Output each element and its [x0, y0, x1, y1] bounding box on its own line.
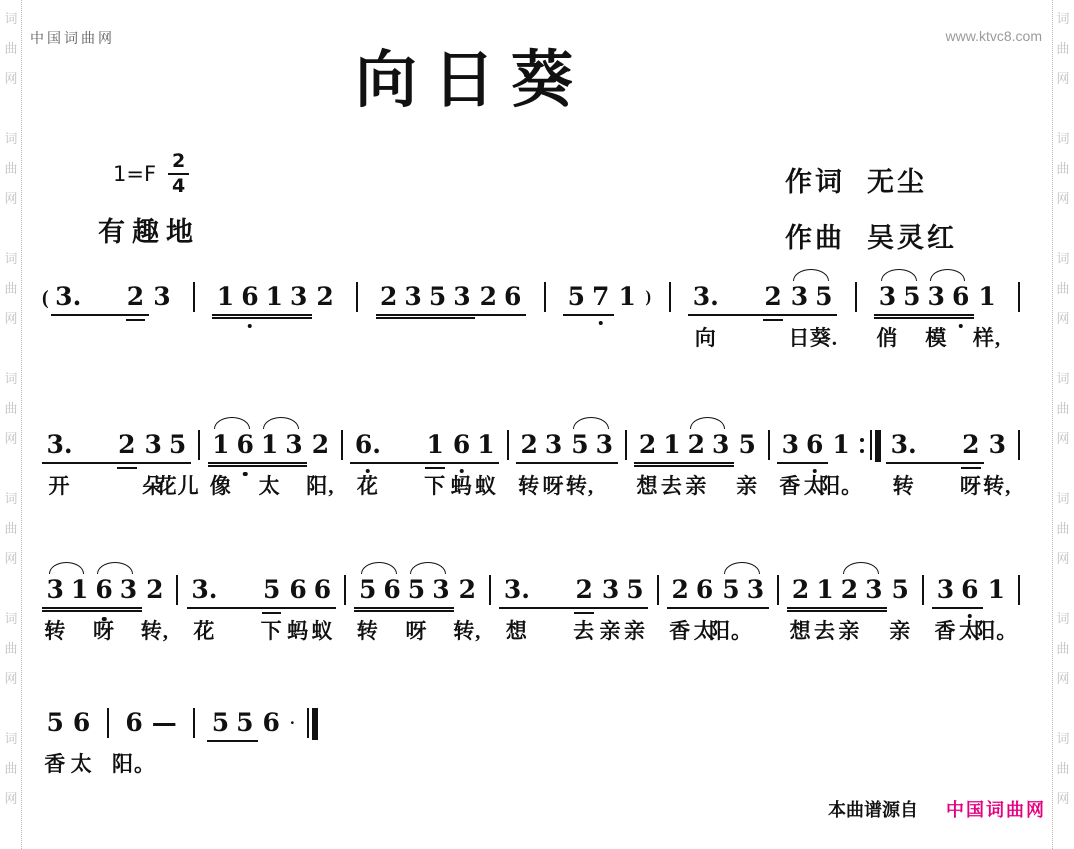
note-group: 5 [887, 575, 913, 605]
note: 5 [903, 282, 920, 312]
lyric-syllable: 日 [788, 322, 810, 352]
octave-dot [598, 321, 603, 326]
note-group: 1613 [212, 282, 312, 316]
watermark-text: 词曲网 [1, 124, 21, 214]
note: 6 [95, 575, 112, 605]
lyric-syllable: 阳。 [709, 615, 753, 645]
measure: 6.161 [350, 416, 499, 464]
note: 5 [571, 430, 588, 460]
lyric-syllable: 去 [814, 615, 836, 645]
time-signature-numerator: 2 [168, 152, 189, 175]
note-group: 5653 [354, 575, 454, 609]
measure: 3.235 [42, 416, 191, 464]
note: 1 [426, 430, 443, 460]
note: 3. [55, 282, 81, 312]
watermark-text: 词曲网 [1053, 4, 1073, 94]
note: 1 [988, 575, 1005, 605]
note-group: 35 [140, 430, 191, 464]
barline [505, 416, 511, 460]
measure: 6— [121, 694, 181, 738]
lyric-syllable: 香 [669, 615, 691, 645]
note: 2 [764, 282, 781, 312]
repeat-barline [860, 416, 881, 462]
note: 1 [618, 282, 635, 312]
left-dotted-border [21, 0, 22, 849]
note: 6 [961, 575, 978, 605]
barline [920, 561, 926, 605]
note: 5 [236, 708, 253, 738]
note: 5 [815, 282, 832, 312]
note: 5 [263, 575, 280, 605]
note: 5 [169, 430, 186, 460]
measure: 571) [563, 268, 651, 316]
barline [174, 561, 180, 605]
slur-arc [49, 562, 85, 574]
lyric-syllable: 花 [357, 470, 379, 500]
measure: 35361 [874, 268, 1000, 316]
measure: 21235 [634, 416, 760, 464]
slur-arc [930, 269, 966, 281]
lyric-syllable: 去 [661, 470, 683, 500]
barline [1016, 416, 1022, 460]
lyric-syllable: 开 [49, 470, 71, 500]
measure: 31632 [42, 561, 168, 609]
watermark-text: 词曲网 [1053, 484, 1073, 574]
octave-dot [958, 324, 963, 329]
slur-arc [690, 417, 726, 429]
note: 2 [575, 575, 592, 605]
lyric-syllable: 香 [779, 470, 801, 500]
barline [853, 268, 859, 312]
lyric-syllable: 下 [261, 615, 283, 645]
lyric-syllable: 转 [357, 615, 379, 645]
note-group: 3.2 [688, 282, 786, 316]
lyric-syllable: 阳。 [112, 748, 156, 778]
note: 5 [47, 708, 64, 738]
note-group: 2123 [634, 430, 734, 464]
lyric-syllable: 转, [453, 615, 481, 645]
barline [487, 561, 493, 605]
footer-site-link[interactable]: 中国词曲网 [946, 796, 1046, 822]
note: 2 [480, 282, 497, 312]
note: 1 [978, 282, 995, 312]
slur-arc [724, 562, 760, 574]
note: 2 [792, 575, 809, 605]
footer: 本曲谱源自 中国词曲网 [828, 796, 1046, 822]
lyric-syllable: 太 [259, 470, 281, 500]
lyric-syllable: 呀 [406, 615, 428, 645]
note-group: 2 [312, 282, 338, 312]
note-group: 3.2 [51, 282, 149, 316]
note: 2 [520, 430, 537, 460]
lyric-syllable: 下 [424, 470, 446, 500]
note: 1 [212, 430, 229, 460]
note: 6 [383, 575, 400, 605]
measure: (3.23 [42, 268, 175, 316]
barline [623, 416, 629, 460]
lyric-syllable: 模 [925, 322, 947, 352]
measure: 56532 [354, 561, 480, 609]
lyric-syllable: 转 [518, 470, 540, 500]
note: 1 [477, 430, 494, 460]
note: 5 [738, 430, 755, 460]
note: 6 [696, 575, 713, 605]
note: 5 [429, 282, 446, 312]
lyricist-credit: 作词无尘 [785, 160, 927, 199]
lyric-syllable: 呀 [93, 615, 115, 645]
barline [766, 416, 772, 460]
lyricist-name: 无尘 [867, 167, 927, 197]
watermark-text: 词曲网 [1053, 604, 1073, 694]
note-group: 3.2 [499, 575, 597, 609]
slur-arc [263, 417, 299, 429]
note: 2 [639, 430, 656, 460]
lyric-syllable: 阳。 [974, 615, 1018, 645]
lyric-syllable: 转 [893, 470, 915, 500]
note: 3. [504, 575, 530, 605]
score-line-2: 3.235161326.1612353212353613.23开朵花儿像太阳,花… [42, 416, 1022, 500]
note-group: 5 [734, 430, 760, 460]
watermark-text: 词曲网 [1, 604, 21, 694]
paren-open: ( [42, 282, 49, 314]
note: 3 [285, 430, 302, 460]
note: 3 [47, 575, 64, 605]
note: 1 [261, 430, 278, 460]
watermark-column-left: 词曲网词曲网词曲网词曲网词曲网词曲网词曲网 [1, 0, 21, 849]
note-group: 3.2 [42, 430, 140, 464]
note-group: — [147, 708, 181, 738]
barline [542, 268, 548, 312]
measure: 3.235 [688, 268, 837, 316]
note: 3 [120, 575, 137, 605]
barline [667, 268, 673, 312]
song-title: 向日葵 [355, 30, 589, 119]
lyric-syllable: 阳, [306, 470, 334, 500]
measure: 16132 [208, 416, 334, 464]
lyric-syllable: 阳。 [819, 470, 863, 500]
note-group: 6 [121, 708, 147, 738]
barline [1016, 268, 1022, 312]
time-signature-denominator: 4 [172, 175, 185, 196]
lyric-syllable: 呀 [543, 470, 565, 500]
note-group: 3 [149, 282, 175, 312]
lyric-syllable: 蚂 [287, 615, 309, 645]
note: 6 [289, 575, 306, 605]
slur-arc [361, 562, 397, 574]
lyric-syllable: 去 [573, 615, 595, 645]
slur-arc [793, 269, 829, 281]
note-group: 61 [448, 430, 499, 464]
measure: 361 [777, 416, 854, 464]
lyric-syllable: 俏 [876, 322, 898, 352]
note-group: 3.5 [187, 575, 285, 609]
lyric-syllable: 花儿 [156, 470, 200, 500]
note-group: 36 [932, 575, 983, 609]
lyric-syllable: 向 [695, 322, 717, 352]
watermark-text: 词曲网 [1, 4, 21, 94]
note-group: 6 [258, 708, 284, 738]
note-group: 35 [786, 282, 837, 316]
note: 5 [568, 282, 585, 312]
note-group: 66 [285, 575, 336, 609]
barline [354, 268, 360, 312]
lyric-syllable: 转 [44, 615, 66, 645]
note-group: 6 [68, 708, 94, 738]
barline [191, 694, 197, 738]
measure: 56 [42, 694, 95, 738]
note: 2 [688, 430, 705, 460]
lyric-syllable: 亲 [600, 615, 622, 645]
note: 3 [865, 575, 882, 605]
watermark-text: 词曲网 [1053, 124, 1073, 214]
note: 3 [596, 430, 613, 460]
watermark-text: 词曲网 [1053, 364, 1073, 454]
note: 2 [841, 575, 858, 605]
octave-dot [248, 324, 253, 329]
note: 3 [989, 430, 1006, 460]
note: 6 [73, 708, 90, 738]
measure: 361 [932, 561, 1009, 609]
note-group: 2 [142, 575, 168, 605]
note: 6. [355, 430, 381, 460]
footer-source-text: 本曲谱源自 [828, 796, 918, 822]
note: 3 [145, 430, 162, 460]
lyric-syllable: 太 [71, 748, 93, 778]
note-group: 3.2 [886, 430, 984, 464]
key-signature: 1=F 2 4 [113, 152, 189, 196]
note: 3 [545, 430, 562, 460]
watermark-text: 词曲网 [1, 484, 21, 574]
note: 3 [928, 282, 945, 312]
note-group: 3 [984, 430, 1010, 460]
composer-label: 作曲 [785, 223, 845, 253]
note-group: 2 [307, 430, 333, 460]
composer-name: 吴灵红 [867, 223, 957, 253]
note: 3 [937, 575, 954, 605]
measure: 2653 [667, 561, 769, 609]
note: 3 [453, 282, 470, 312]
note-group: 2123 [787, 575, 887, 609]
composer-credit: 作曲吴灵红 [785, 216, 957, 255]
lyric-syllable: 转, [566, 470, 594, 500]
lyric-syllable: 样, [973, 322, 1001, 352]
note: 3 [879, 282, 896, 312]
barline [655, 561, 661, 605]
note: 3. [191, 575, 217, 605]
lyric-syllable: 蚁 [475, 470, 497, 500]
note: 7 [592, 282, 609, 312]
note: 2 [312, 430, 329, 460]
note-group: 2353 [376, 282, 476, 316]
breath-mark: · [289, 708, 295, 738]
note: 3. [693, 282, 719, 312]
note: 3 [404, 282, 421, 312]
lyric-syllable: 亲 [736, 470, 758, 500]
note: 3 [712, 430, 729, 460]
measure: 2353 [516, 416, 618, 464]
note-group: 26 [475, 282, 526, 316]
note: 5 [212, 708, 229, 738]
note: 6 [236, 430, 253, 460]
note: 2 [459, 575, 476, 605]
lyric-syllable: 像 [210, 470, 232, 500]
octave-dot [243, 472, 248, 477]
watermark-text: 词曲网 [1053, 244, 1073, 334]
note-group: 1613 [208, 430, 308, 464]
note-group: 36 [777, 430, 828, 464]
note: 5 [626, 575, 643, 605]
barline [191, 268, 197, 312]
note: 3 [153, 282, 170, 312]
note: 1 [266, 282, 283, 312]
note: 6 [314, 575, 331, 605]
barline [342, 561, 348, 605]
lyric-syllable: 蚁 [311, 615, 333, 645]
note: 3 [747, 575, 764, 605]
measure: 3.23 [886, 416, 1010, 464]
note: 1 [832, 430, 849, 460]
barline [1016, 561, 1022, 605]
watermark-text: 词曲网 [1, 724, 21, 814]
note-group: 2 [454, 575, 480, 605]
note-group: 6.1 [350, 430, 448, 464]
slur-arc [843, 562, 879, 574]
note-group: 35 [597, 575, 648, 609]
measure: 3.235 [499, 561, 648, 609]
lyric-syllable: 转, [983, 470, 1011, 500]
note-group: 1 [974, 282, 1000, 312]
note: 2 [146, 575, 163, 605]
barline [105, 694, 111, 738]
note: 6 [952, 282, 969, 312]
lyric-syllable: 蚂 [451, 470, 473, 500]
measure: 235326 [376, 268, 526, 316]
note: 6 [241, 282, 258, 312]
note-group: 53 [567, 430, 618, 464]
final-barline [305, 694, 318, 740]
note: 2 [671, 575, 688, 605]
watermark-text: 词曲网 [1053, 724, 1073, 814]
note: 5 [892, 575, 909, 605]
note: 2 [316, 282, 333, 312]
note: 1 [71, 575, 88, 605]
measure: 21235 [787, 561, 913, 609]
barline [339, 416, 345, 460]
note-group: 5 [42, 708, 68, 738]
lyric-syllable: 想 [506, 615, 528, 645]
site-name: 中国词曲网 [30, 28, 115, 48]
score-line-4: 566—556·香太阳。 [42, 694, 318, 778]
lyric-syllable: 花 [193, 615, 215, 645]
score-line-3: 316323.566565323.235265321235361转呀转,花下蚂蚁… [42, 561, 1022, 645]
lyric-syllable: 亲 [685, 470, 707, 500]
key-label: 1=F [113, 162, 156, 186]
note: — [152, 708, 177, 738]
lyric-syllable: 呀 [960, 470, 982, 500]
note-group: 55 [207, 708, 258, 742]
breath-mark: ) [645, 282, 651, 312]
note: 6 [453, 430, 470, 460]
watermark-text: 词曲网 [1, 364, 21, 454]
barline [196, 416, 202, 460]
note: 1 [217, 282, 234, 312]
note: 3. [891, 430, 917, 460]
note-group: 1 [614, 282, 640, 312]
note: 1 [816, 575, 833, 605]
measure: 16132 [212, 268, 338, 316]
note: 3 [791, 282, 808, 312]
site-url: www.ktvc8.com [946, 28, 1042, 44]
watermark-column-right: 词曲网词曲网词曲网词曲网词曲网词曲网词曲网 [1053, 0, 1073, 849]
note: 3 [782, 430, 799, 460]
note: 6 [125, 708, 142, 738]
slur-arc [97, 562, 133, 574]
watermark-text: 词曲网 [1, 244, 21, 334]
measure: 556· [207, 694, 295, 742]
slur-arc [881, 269, 917, 281]
lyric-syllable: 转, [141, 615, 169, 645]
note: 6 [263, 708, 280, 738]
lyric-syllable: 香 [934, 615, 956, 645]
note: 2 [962, 430, 979, 460]
lyric-syllable: 亲 [838, 615, 860, 645]
lyric-syllable: 香 [44, 748, 66, 778]
note-group: 1 [828, 430, 854, 460]
note: 2 [127, 282, 144, 312]
note-group: 57 [563, 282, 614, 316]
note-group: 23 [516, 430, 567, 464]
note: 2 [118, 430, 135, 460]
note-group: 53 [718, 575, 769, 609]
note: 2 [380, 282, 397, 312]
lyricist-label: 作词 [785, 167, 845, 197]
slur-arc [214, 417, 250, 429]
note: 3 [432, 575, 449, 605]
note: 5 [722, 575, 739, 605]
note-group: 3536 [874, 282, 974, 316]
lyric-syllable: 亲 [624, 615, 646, 645]
sheet-music-page: 词曲网词曲网词曲网词曲网词曲网词曲网词曲网 词曲网词曲网词曲网词曲网词曲网词曲网… [0, 0, 1074, 849]
measure: 3.566 [187, 561, 336, 609]
note: 5 [408, 575, 425, 605]
note: 3. [47, 430, 73, 460]
score-line-1: (3.2316132235326571)3.23535361向日葵.俏模样, [42, 268, 1022, 352]
tempo-marking: 有趣地 [98, 210, 200, 249]
note: 1 [663, 430, 680, 460]
note: 3 [290, 282, 307, 312]
note-group: 26 [667, 575, 718, 609]
slur-arc [410, 562, 446, 574]
lyric-syllable: 亲 [889, 615, 911, 645]
barline [775, 561, 781, 605]
lyric-syllable: 葵. [810, 322, 838, 352]
lyric-syllable: 想 [790, 615, 812, 645]
note: 3 [602, 575, 619, 605]
lyric-syllable: 想 [637, 470, 659, 500]
time-signature: 2 4 [168, 152, 189, 196]
slur-arc [573, 417, 609, 429]
note-group: 3163 [42, 575, 142, 609]
note: 6 [504, 282, 521, 312]
note: 5 [359, 575, 376, 605]
note: 6 [806, 430, 823, 460]
note-group: 1 [983, 575, 1009, 605]
